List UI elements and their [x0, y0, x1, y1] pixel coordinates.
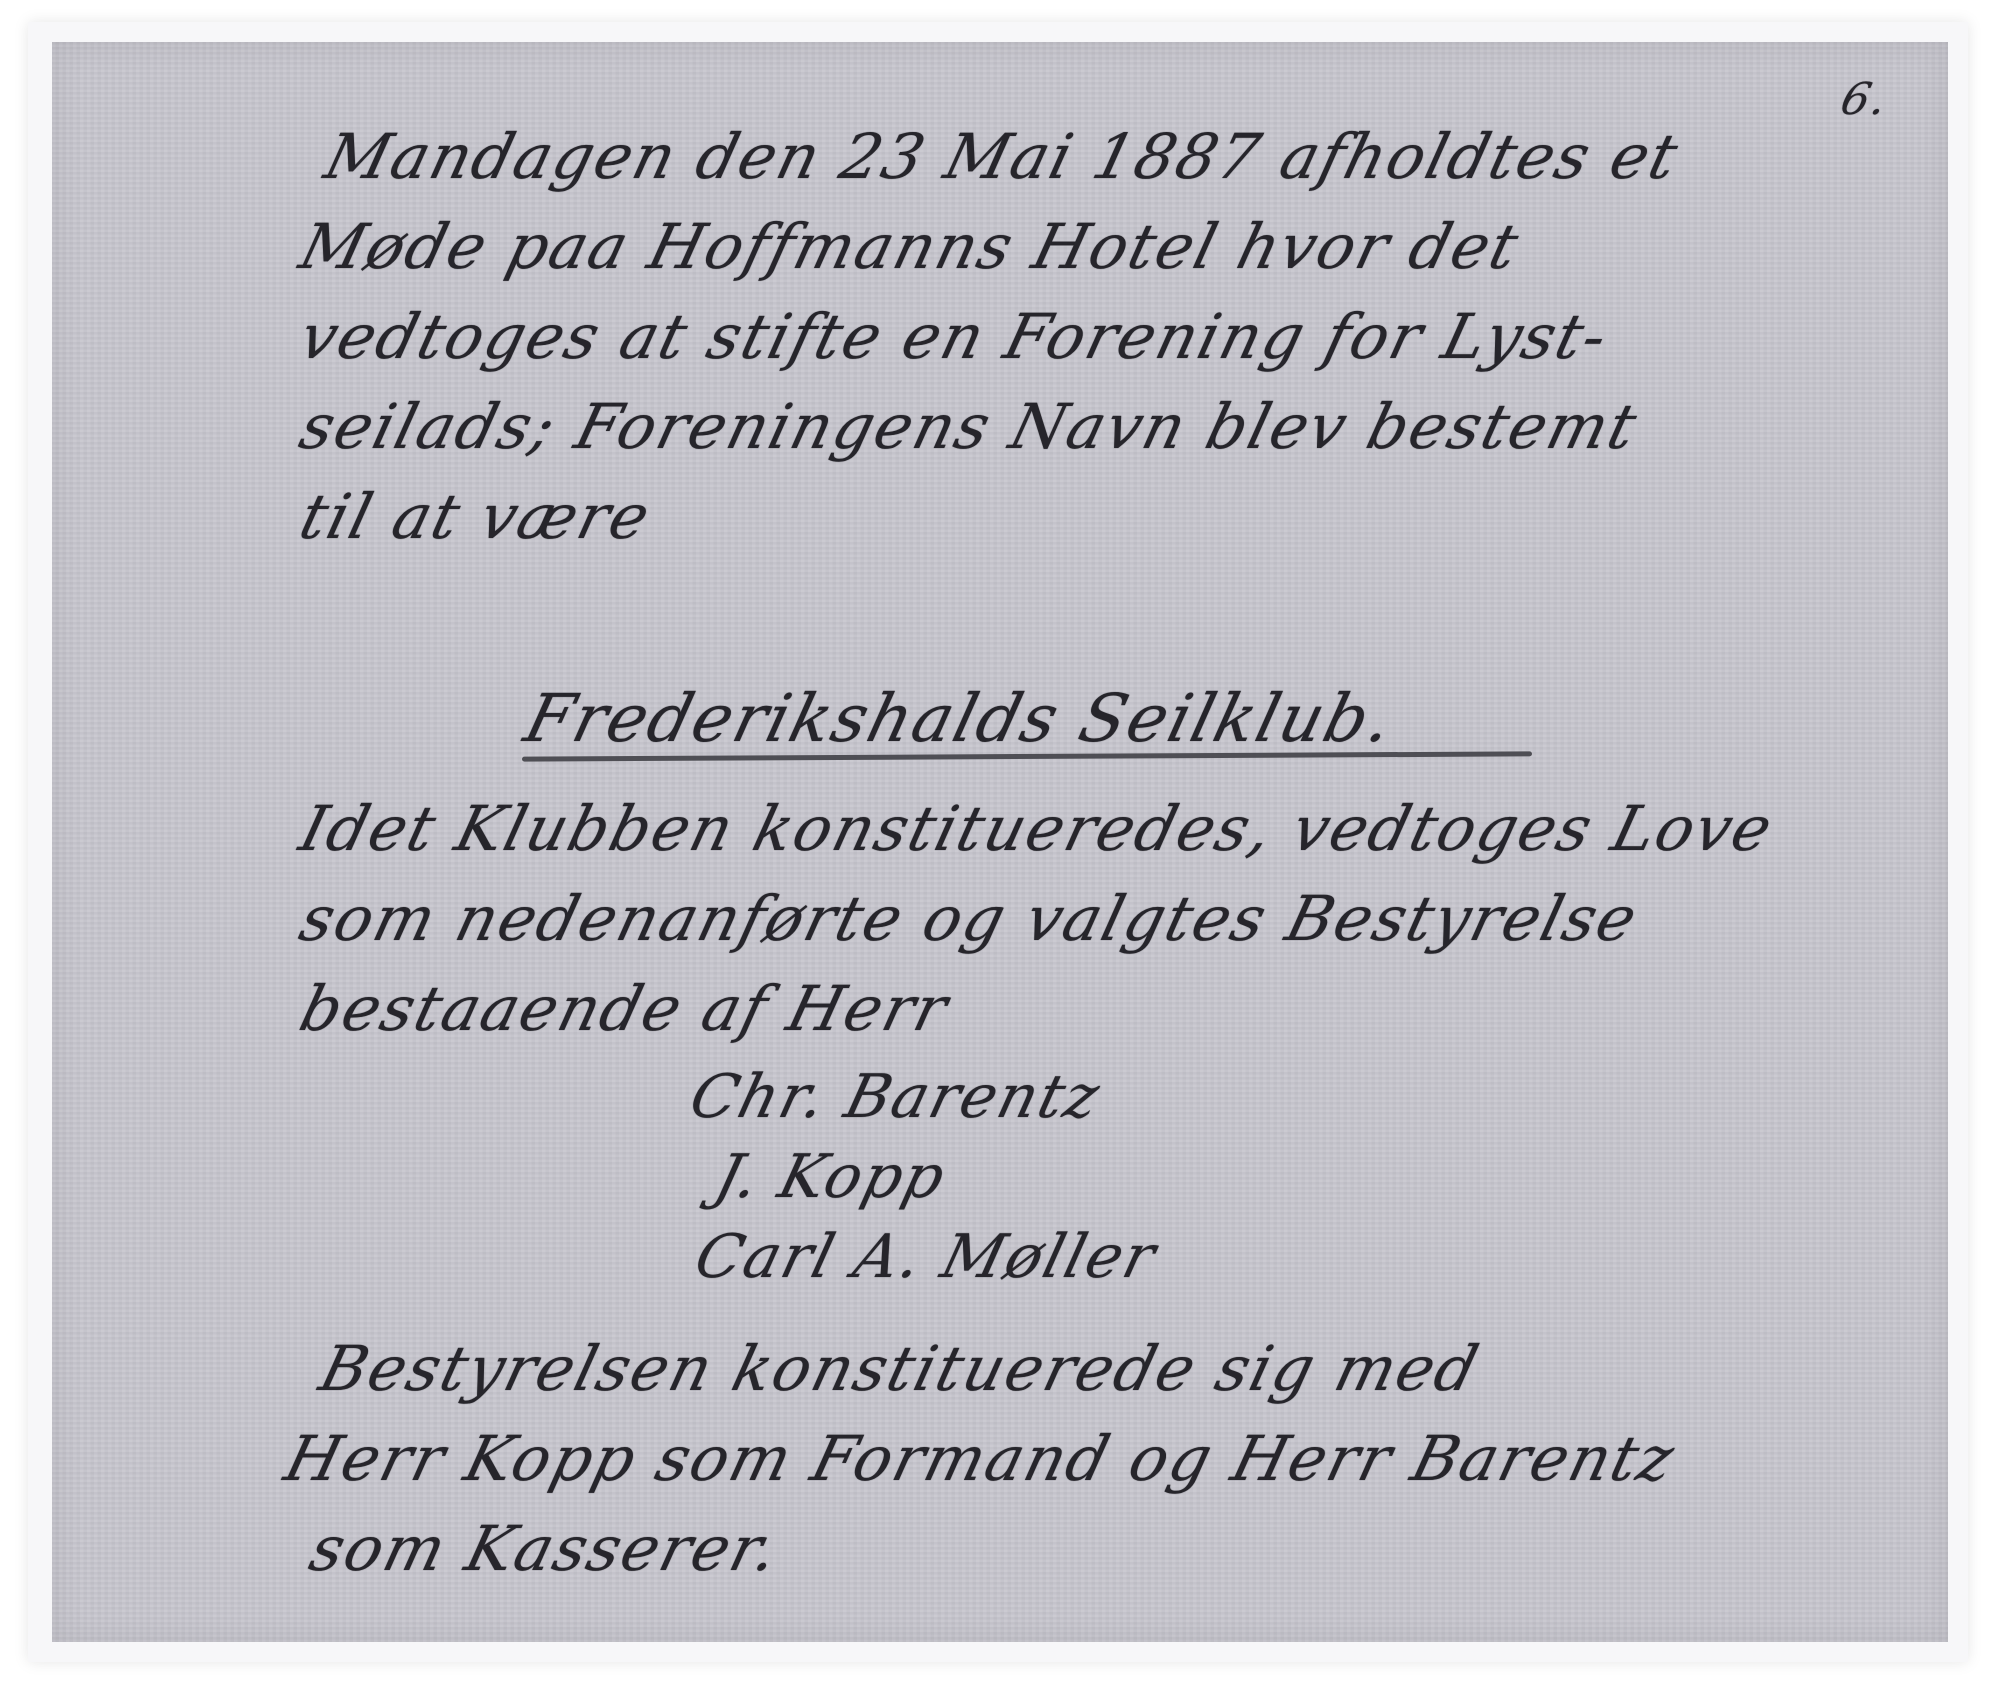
text-line: som Kasserer.	[303, 1512, 787, 1585]
text-line: Idet Klubben konstitueredes, vedtoges Lo…	[293, 792, 1781, 865]
board-member: Carl A. Møller	[688, 1222, 1164, 1292]
text-line: Bestyrelsen konstituerede sig med	[313, 1332, 1487, 1405]
club-title: Frederikshalds Seilklub.	[517, 680, 1402, 757]
text-line: Møde paa Hoffmanns Hotel hvor det	[293, 210, 1527, 283]
text-line: bestaaende af Herr	[293, 972, 957, 1045]
text-line: Mandagen den 23 Mai 1887 afholdtes et	[318, 120, 1687, 193]
board-member: Chr. Barentz	[683, 1062, 1108, 1132]
text-line: Herr Kopp som Formand og Herr Barentz	[278, 1422, 1683, 1495]
page-number: 6.	[1836, 74, 1895, 125]
text-line: vedtoges at stifte en Forening for Lyst-	[293, 300, 1616, 373]
text-line: som nedenanførte og valgtes Bestyrelse	[293, 882, 1646, 955]
manuscript-page: 6. Mandagen den 23 Mai 1887 afholdtes et…	[52, 42, 1948, 1642]
text-line: til at være	[293, 480, 659, 553]
board-member: J. Kopp	[708, 1142, 953, 1212]
text-line: seilads; Foreningens Navn blev bestemt	[293, 390, 1646, 463]
